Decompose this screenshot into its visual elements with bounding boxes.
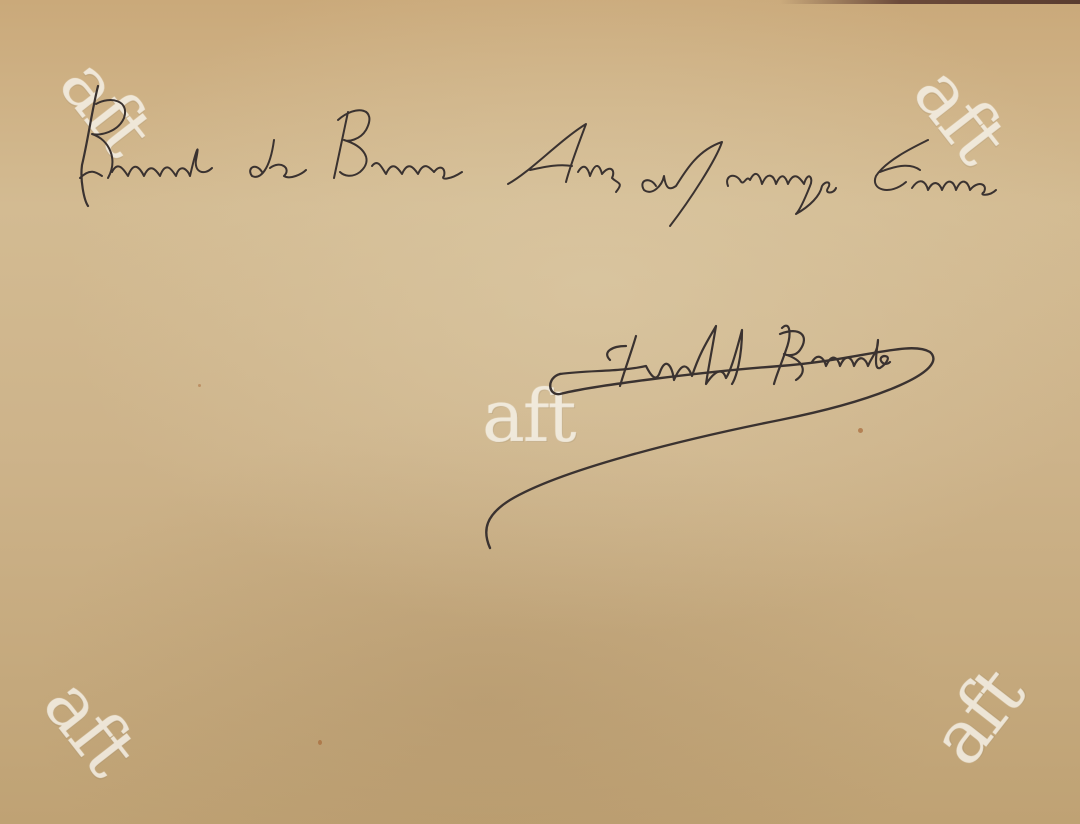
aged-paper-photo: aft aft aft aft aft Recuerdo de Buenos A…: [0, 0, 1080, 824]
handwriting-ink: [0, 0, 1080, 824]
inscription-line: [80, 86, 996, 226]
signature: [486, 326, 933, 548]
